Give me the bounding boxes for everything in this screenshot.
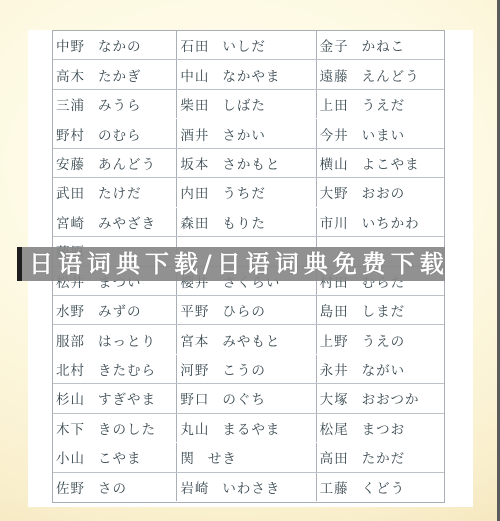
surname-reading: すぎやま [98, 388, 156, 408]
table-cell: 杉山 すぎやま [53, 384, 177, 412]
surname-reading: しばた [222, 94, 266, 114]
table-cell: 工藤 くどう [317, 473, 444, 501]
surname-kanji: 宮本 [180, 330, 209, 350]
surname-kanji: 宮崎 [56, 212, 85, 232]
surname-reading: えんどう [362, 65, 420, 85]
table-cell: 柴田 しばた [177, 90, 316, 118]
surname-reading: よこやま [362, 153, 420, 173]
surname-reading: こうの [222, 359, 266, 379]
surname-reading: ながい [362, 359, 406, 379]
surname-kanji: 武田 [56, 182, 85, 202]
surname-kanji: 横山 [320, 153, 349, 173]
surname-reading: みずの [98, 300, 142, 320]
surname-reading: こやま [98, 447, 142, 467]
surname-reading: しまだ [362, 300, 406, 320]
surname-reading: みやもと [222, 330, 280, 350]
surname-reading: のぐち [222, 388, 266, 408]
table-cell: 水野 みずの [53, 296, 177, 324]
table-cell: 宮本 みやもと [177, 325, 316, 353]
surname-reading: さの [98, 477, 127, 497]
surname-reading: みうら [98, 94, 142, 114]
table-row: 服部 はっとり 宮本 みやもと 上野 うえの [53, 325, 444, 354]
surname-reading: まつお [362, 418, 406, 438]
table-cell: 石田 いしだ [177, 31, 316, 59]
surname-kanji: 野口 [180, 388, 209, 408]
table-cell: 三浦 みうら [53, 90, 177, 118]
table-row: 杉山 すぎやま 野口 のぐち 大塚 おおつか [53, 384, 444, 413]
surname-kanji: 柴田 [180, 94, 209, 114]
surname-reading: いちかわ [362, 212, 420, 232]
surname-reading: いしだ [222, 35, 266, 55]
table-cell: 酒井 さかい [177, 119, 316, 147]
surname-kanji: 大塚 [320, 388, 349, 408]
surname-kanji: 島田 [320, 300, 349, 320]
surname-kanji: 高田 [320, 447, 349, 467]
surname-kanji: 上田 [320, 94, 349, 114]
table-cell: 今井 いまい [317, 119, 444, 147]
surname-reading: なかやま [222, 65, 280, 85]
surname-kanji: 河野 [180, 359, 209, 379]
surname-reading: たかだ [362, 447, 406, 467]
surname-kanji: 松尾 [320, 418, 349, 438]
table-cell: 佐野 さの [53, 473, 177, 501]
table-cell: 高田 たかだ [317, 443, 444, 471]
table-cell: 坂本 さかもと [177, 149, 316, 177]
table-row: 武田 たけだ 内田 うちだ 大野 おおの [53, 178, 444, 207]
watermark-banner: 日语词典下载/日语词典免费下载 [22, 247, 445, 281]
surname-kanji: 丸山 [180, 418, 209, 438]
surname-kanji: 高木 [56, 65, 85, 85]
surname-reading: きたむら [98, 359, 156, 379]
surname-reading: かねこ [362, 35, 406, 55]
table-cell: 上野 うえの [317, 325, 444, 353]
table-row: 三浦 みうら 柴田 しばた 上田 うえだ [53, 90, 444, 119]
table-cell: 永井 ながい [317, 355, 444, 383]
surname-reading: くどう [362, 477, 406, 497]
surname-reading: おおつか [362, 388, 420, 408]
screenshot-root: { "banner": { "text": "日语词典下载/日语词典免费下载",… [0, 0, 500, 521]
surname-reading: いまい [362, 124, 406, 144]
surname-reading: もりた [222, 212, 266, 232]
surname-kanji: 野村 [56, 124, 85, 144]
surname-reading: うちだ [222, 182, 266, 202]
table-cell: 木下 きのした [53, 414, 177, 442]
table-cell: 北村 きたむら [53, 355, 177, 383]
table-row: 小山 こやま 関 せき 高田 たかだ [53, 443, 444, 472]
surname-kanji: 上野 [320, 330, 349, 350]
table-row: 水野 みずの 平野 ひらの 島田 しまだ [53, 296, 444, 325]
table-cell: 横山 よこやま [317, 149, 444, 177]
surname-reading: ひらの [222, 300, 266, 320]
table-cell: 平野 ひらの [177, 296, 316, 324]
table-cell: 高木 たかぎ [53, 60, 177, 88]
surname-kanji: 金子 [320, 35, 349, 55]
table-cell: 島田 しまだ [317, 296, 444, 324]
surname-kanji: 永井 [320, 359, 349, 379]
table-row: 中野 なかの 石田 いしだ 金子 かねこ [53, 31, 444, 60]
table-row: 宮崎 みやざき 森田 もりた 市川 いちかわ [53, 208, 444, 237]
table-cell: 大塚 おおつか [317, 384, 444, 412]
surname-kanji: 三浦 [56, 94, 85, 114]
table-cell: 上田 うえだ [317, 90, 444, 118]
table-cell: 武田 たけだ [53, 178, 177, 206]
surname-reading: はっとり [98, 330, 156, 350]
surname-kanji: 北村 [56, 359, 85, 379]
surname-reading: うえの [362, 330, 406, 350]
table-row: 木下 きのした 丸山 まるやま 松尾 まつお [53, 414, 444, 443]
table-cell: 丸山 まるやま [177, 414, 316, 442]
table-cell: 関 せき [177, 443, 316, 471]
surname-kanji: 森田 [180, 212, 209, 232]
table-cell: 松尾 まつお [317, 414, 444, 442]
surname-kanji: 岩崎 [180, 477, 209, 497]
table-cell: 大野 おおの [317, 178, 444, 206]
surname-reading: まるやま [222, 418, 280, 438]
table-cell: 小山 こやま [53, 443, 177, 471]
surname-kanji: 安藤 [56, 153, 85, 173]
surname-reading: たかぎ [98, 65, 142, 85]
table-cell: 服部 はっとり [53, 325, 177, 353]
surname-reading: せき [208, 447, 237, 467]
surname-reading: おおの [362, 182, 406, 202]
table-cell: 河野 こうの [177, 355, 316, 383]
table-row: 高木 たかぎ 中山 なかやま 遠藤 えんどう [53, 60, 444, 89]
surname-kanji: 佐野 [56, 477, 85, 497]
table-row: 安藤 あんどう 坂本 さかもと 横山 よこやま [53, 149, 444, 178]
surname-reading: なかの [98, 35, 142, 55]
surname-reading: たけだ [98, 182, 142, 202]
surname-kanji: 石田 [180, 35, 209, 55]
surname-kanji: 木下 [56, 418, 85, 438]
surname-reading: うえだ [362, 94, 406, 114]
surname-kanji: 水野 [56, 300, 85, 320]
table-row: 佐野 さの 岩崎 いわさき 工藤 くどう [53, 473, 444, 502]
surname-kanji: 平野 [180, 300, 209, 320]
surname-reading: のむら [98, 124, 142, 144]
table-cell: 宮崎 みやざき [53, 208, 177, 236]
surname-reading: きのした [98, 418, 156, 438]
table-cell: 森田 もりた [177, 208, 316, 236]
table-cell: 金子 かねこ [317, 31, 444, 59]
surname-kanji: 工藤 [320, 477, 349, 497]
surname-reading: いわさき [222, 477, 280, 497]
surname-kanji: 大野 [320, 182, 349, 202]
table-row: 北村 きたむら 河野 こうの 永井 ながい [53, 355, 444, 384]
surname-kanji: 酒井 [180, 124, 209, 144]
surname-kanji: 市川 [320, 212, 349, 232]
surname-reading: みやざき [98, 212, 156, 232]
surname-kanji: 杉山 [56, 388, 85, 408]
surname-reading: さかい [222, 124, 266, 144]
surname-kanji: 中山 [180, 65, 209, 85]
table-cell: 安藤 あんどう [53, 149, 177, 177]
table-cell: 中野 なかの [53, 31, 177, 59]
table-cell: 野口 のぐち [177, 384, 316, 412]
table-cell: 市川 いちかわ [317, 208, 444, 236]
surname-kanji: 内田 [180, 182, 209, 202]
surname-kanji: 関 [180, 447, 195, 467]
surname-kanji: 服部 [56, 330, 85, 350]
table-cell: 内田 うちだ [177, 178, 316, 206]
surname-kanji: 小山 [56, 447, 85, 467]
surname-reading: さかもと [222, 153, 280, 173]
table-cell: 遠藤 えんどう [317, 60, 444, 88]
surname-kanji: 遠藤 [320, 65, 349, 85]
table-row: 野村 のむら 酒井 さかい 今井 いまい [53, 119, 444, 148]
table-cell: 岩崎 いわさき [177, 473, 316, 501]
table-cell: 中山 なかやま [177, 60, 316, 88]
surname-reading: あんどう [98, 153, 156, 173]
surname-kanji: 今井 [320, 124, 349, 144]
surname-kanji: 中野 [56, 35, 85, 55]
surname-kanji: 坂本 [180, 153, 209, 173]
table-cell: 野村 のむら [53, 119, 177, 147]
